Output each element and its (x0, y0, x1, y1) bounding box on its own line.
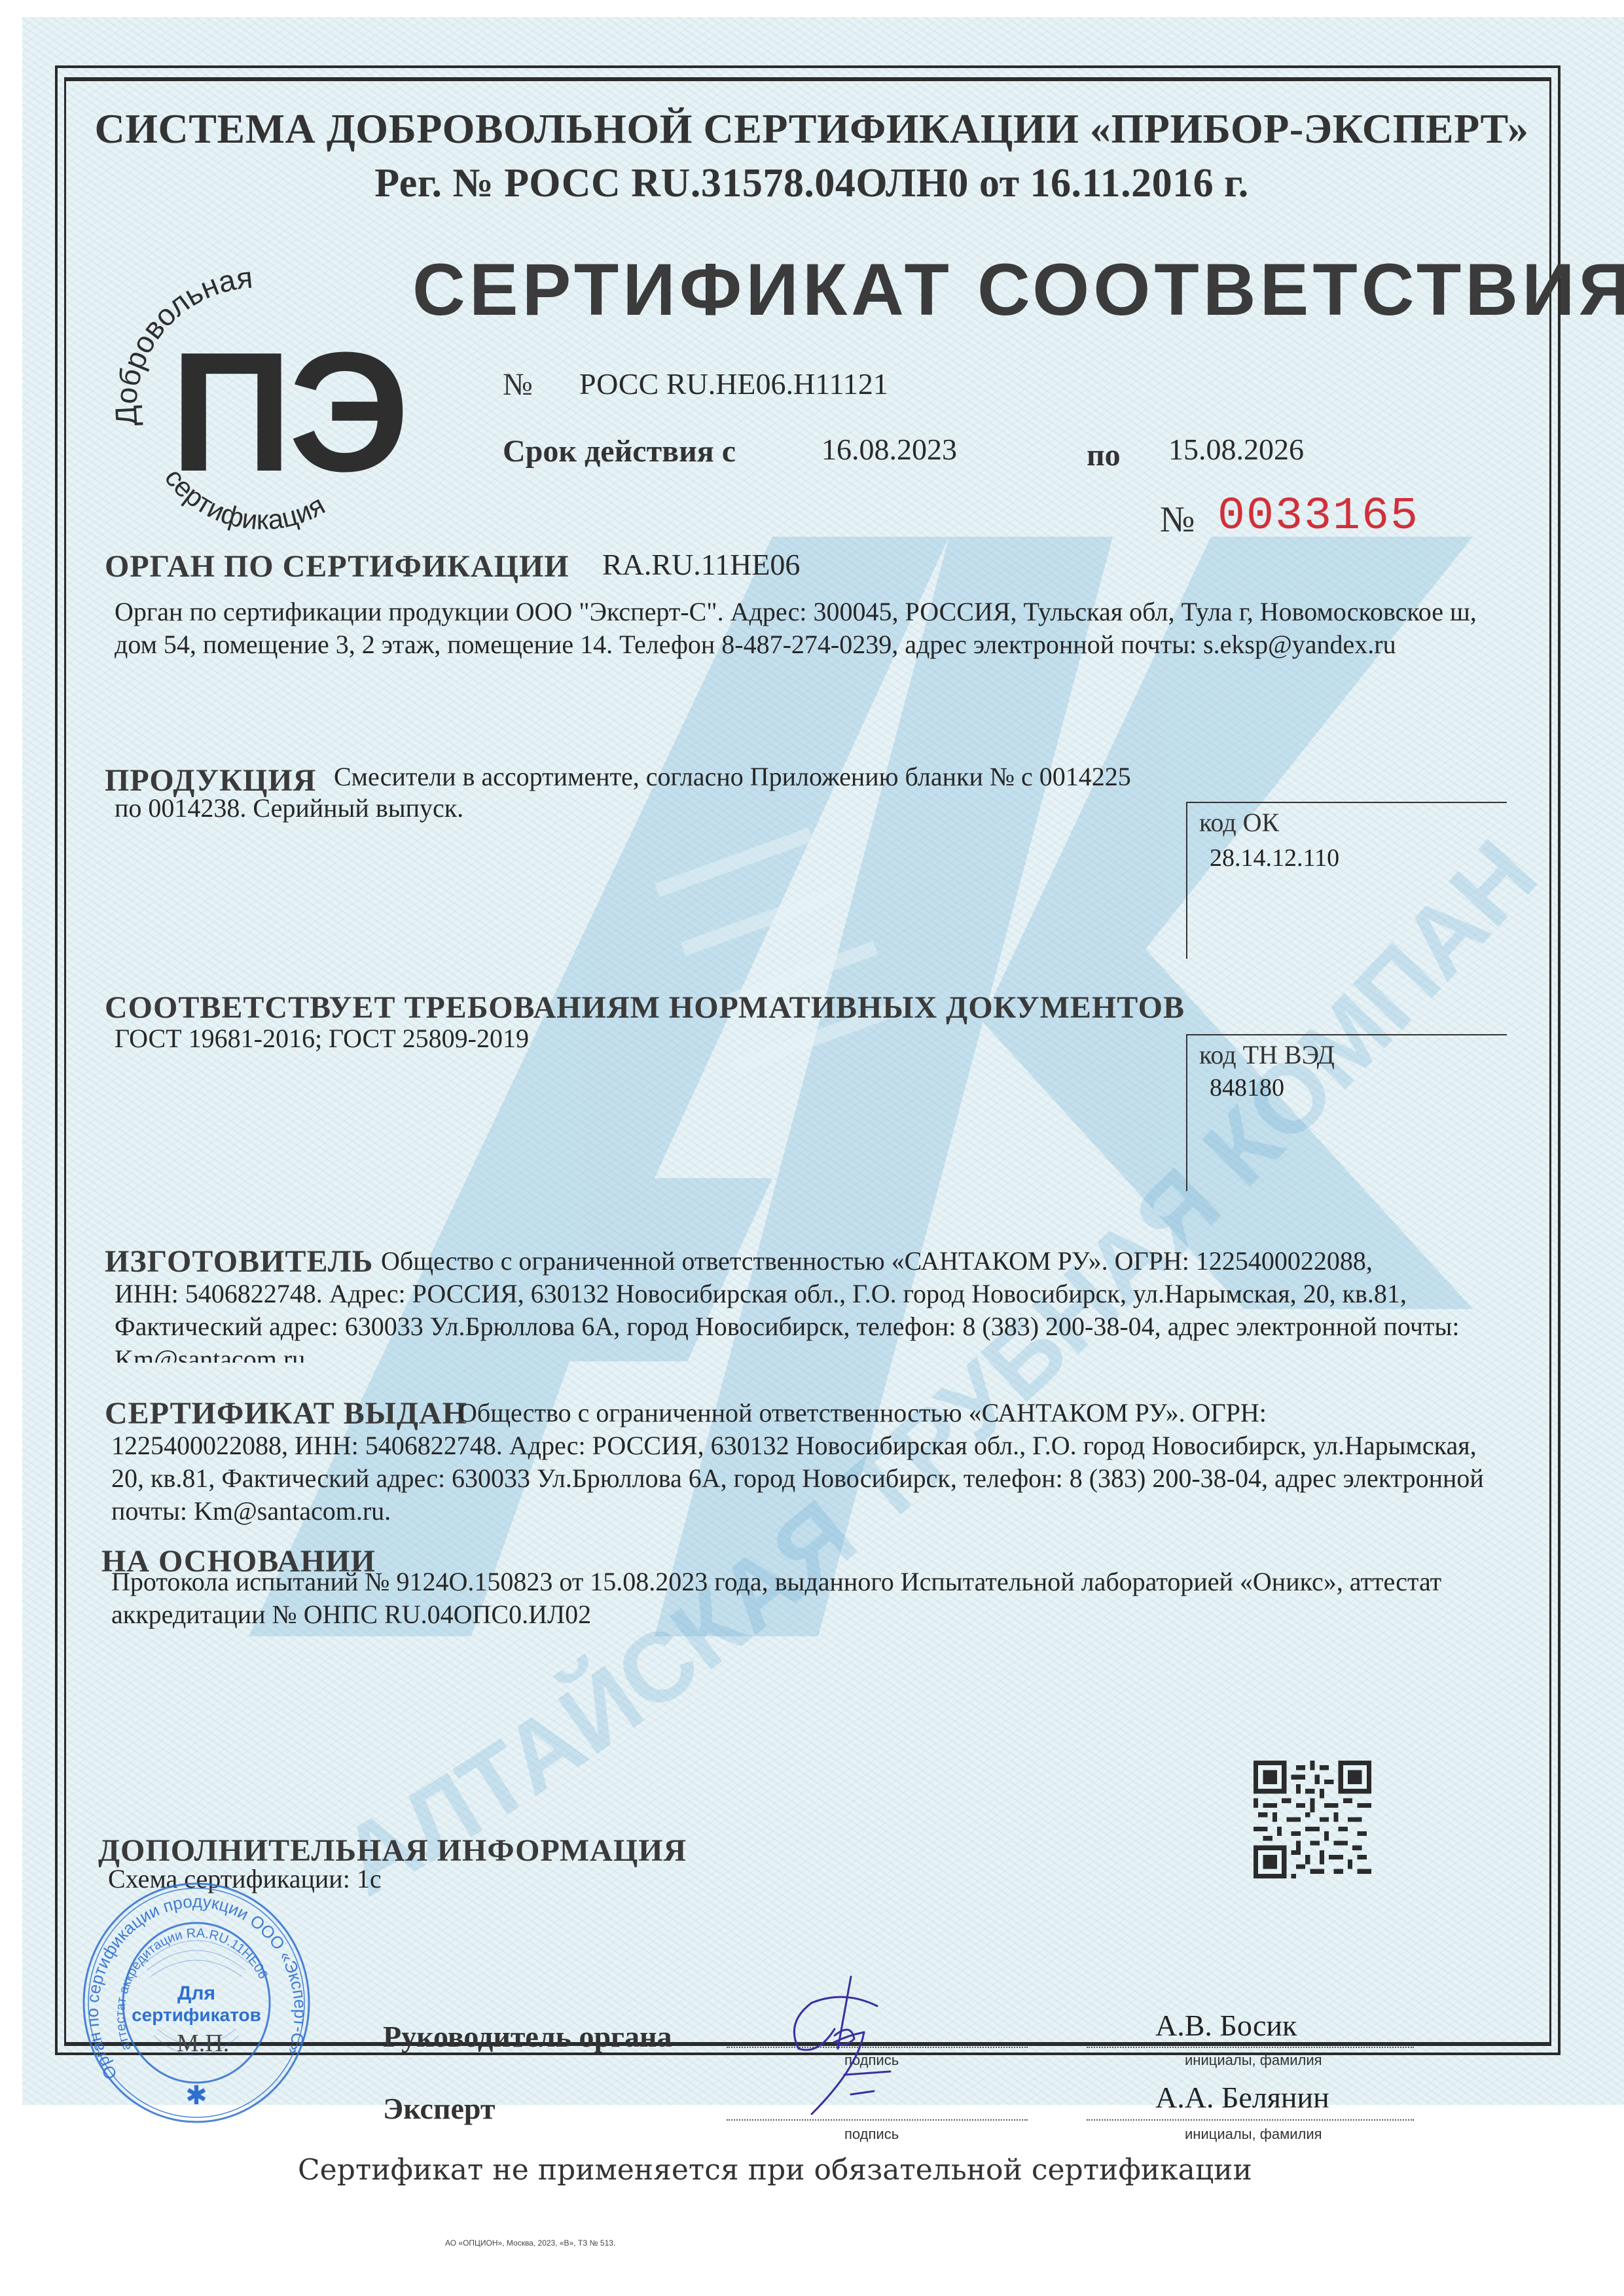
system-registration: Рег. № РОСС RU.31578.04ОЛН0 от 16.11.201… (65, 160, 1558, 207)
certificate-number: РОСС RU.НЕ06.Н11121 (579, 367, 888, 401)
compliance-heading: СООТВЕТСТВУЕТ ТРЕБОВАНИЯМ НОРМАТИВНЫХ ДО… (105, 990, 1185, 1026)
number-label: № (503, 367, 533, 403)
certification-body-heading: ОРГАН ПО СЕРТИФИКАЦИИ (105, 548, 569, 584)
basis-text: Протокола испытаний № 9124О.150823 от 15… (111, 1566, 1512, 1631)
expert-name-line (1087, 2119, 1414, 2121)
validity-label: Срок действия с (503, 433, 736, 469)
stamp-star-icon: ✱ (185, 2081, 208, 2110)
head-name-caption: инициалы, фамилия (1185, 2052, 1322, 2069)
product-line2: по 0014238. Серийный выпуск. (115, 792, 463, 825)
certificate-title: СЕРТИФИКАТ СООТВЕТСТВИЯ (412, 247, 1624, 332)
qr-code (1254, 1761, 1371, 1878)
tnved-code: 848180 (1210, 1073, 1284, 1102)
valid-to-label: по (1087, 437, 1121, 473)
product-line1: Смесители в ассортименте, согласно Прило… (334, 761, 1131, 793)
expert-signature-caption: подпись (844, 2126, 899, 2143)
handwritten-signature (772, 1970, 916, 2121)
issued-to-heading: СЕРТИФИКАТ ВЫДАН (105, 1395, 467, 1431)
ok-code-label: код ОК (1199, 807, 1279, 838)
system-title: СИСТЕМА ДОБРОВОЛЬНОЙ СЕРТИФИКАЦИИ «ПРИБО… (65, 105, 1558, 153)
valid-to: 15.08.2026 (1168, 432, 1304, 467)
expert-name-caption: инициалы, фамилия (1185, 2126, 1322, 2143)
blank-number-label: № (1160, 499, 1195, 541)
ok-code-box: код ОК 28.14.12.110 (1186, 802, 1507, 959)
certification-body-text: Орган по сертификации продукции ООО "Экс… (115, 596, 1509, 661)
standards-list: ГОСТ 19681-2016; ГОСТ 25809-2019 (115, 1022, 529, 1055)
printer-imprint: АО «ОПЦИОН», Москва, 2023, «В», ТЗ № 513… (445, 2238, 615, 2248)
issued-to-details: 1225400022088, ИНН: 5406822748. Адрес: Р… (111, 1429, 1512, 1528)
blank-number: 0033165 (1218, 491, 1419, 543)
expert-label: Эксперт (383, 2091, 495, 2126)
tnved-code-label: код ТН ВЭД (1199, 1039, 1335, 1070)
tnved-code-box: код ТН ВЭД 848180 (1186, 1034, 1507, 1191)
mp-label: М.П. (177, 2029, 229, 2058)
head-name-line (1087, 2047, 1414, 2048)
stamp-center-line2: сертификатов (132, 2005, 261, 2025)
logo-letters: ПЭ (170, 327, 406, 497)
manufacturer-heading: ИЗГОТОВИТЕЛЬ (105, 1244, 373, 1280)
manufacturer-line1: Общество с ограниченной ответственностью… (381, 1245, 1373, 1278)
seal-stamp: Орган по сертификации продукции ООО «Экс… (79, 1878, 314, 2127)
certification-body-code: RA.RU.11НЕ06 (602, 547, 800, 582)
head-of-body-label: Руководитель органа (383, 2019, 672, 2054)
voluntary-disclaimer: Сертификат не применяется при обязательн… (298, 2153, 1252, 2187)
ok-code: 28.14.12.110 (1210, 844, 1339, 872)
issued-to-line1: Общество с ограниченной ответственностью… (458, 1397, 1267, 1429)
head-name: А.В. Босик (1155, 2008, 1297, 2043)
stamp-center-line1: Для (177, 1982, 215, 2004)
valid-from: 16.08.2023 (821, 432, 957, 467)
pe-logo: Добровольная сертификация ПЭ (98, 262, 406, 569)
expert-name: А.А. Белянин (1155, 2080, 1329, 2115)
manufacturer-details: ИНН: 5406822748. Адрес: РОССИЯ, 630132 Н… (115, 1278, 1509, 1363)
